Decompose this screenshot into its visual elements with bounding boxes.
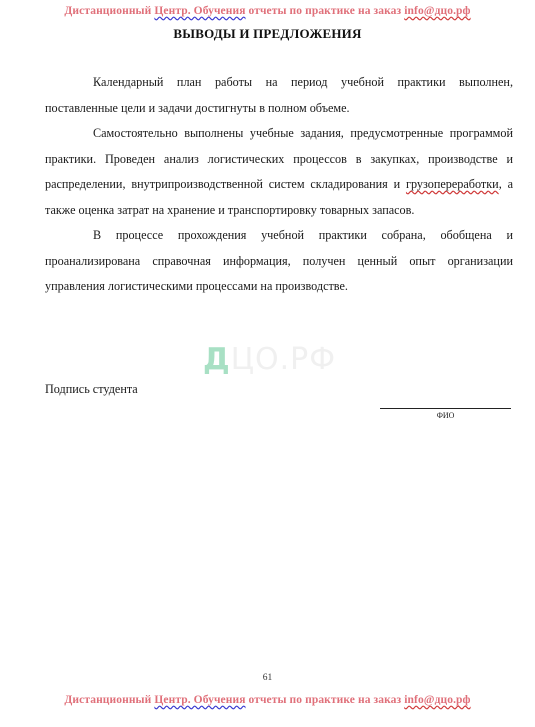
banner-text-3: отчеты по практике на заказ — [246, 694, 405, 706]
banner-text-2: Центр. Обучения — [154, 694, 245, 706]
banner-text-1: Дистанционный — [64, 5, 154, 17]
paragraph-2: Самостоятельно выполнены учебные задания… — [45, 121, 513, 223]
paragraph-3: В процессе прохождения учебной практики … — [45, 223, 513, 300]
paragraph-1: Календарный план работы на период учебно… — [45, 70, 513, 121]
document-body: Календарный план работы на период учебно… — [45, 70, 513, 300]
watermark-first-letter: Д — [203, 342, 231, 377]
page-number: 61 — [0, 673, 535, 683]
paragraph-2-underlined-word: грузопереработки — [406, 177, 499, 191]
banner-text-3: отчеты по практике на заказ — [246, 5, 405, 17]
banner-email: info@дцо.рф — [404, 5, 470, 17]
banner-email: info@дцо.рф — [404, 694, 470, 706]
banner-text-1: Дистанционный — [64, 694, 154, 706]
signature-line — [380, 408, 511, 409]
signature-label: Подпись студента — [45, 382, 138, 397]
page-title: ВЫВОДЫ И ПРЕДЛОЖЕНИЯ — [0, 26, 535, 42]
fio-label: ФИО — [380, 411, 511, 420]
banner-text-2: Центр. Обучения — [154, 5, 245, 17]
footer-banner: Дистанционный Центр. Обучения отчеты по … — [0, 694, 535, 706]
watermark-logo: ДЦО.РФ — [203, 342, 336, 377]
watermark-rest: ЦО.РФ — [231, 342, 336, 377]
header-banner: Дистанционный Центр. Обучения отчеты по … — [0, 5, 535, 17]
